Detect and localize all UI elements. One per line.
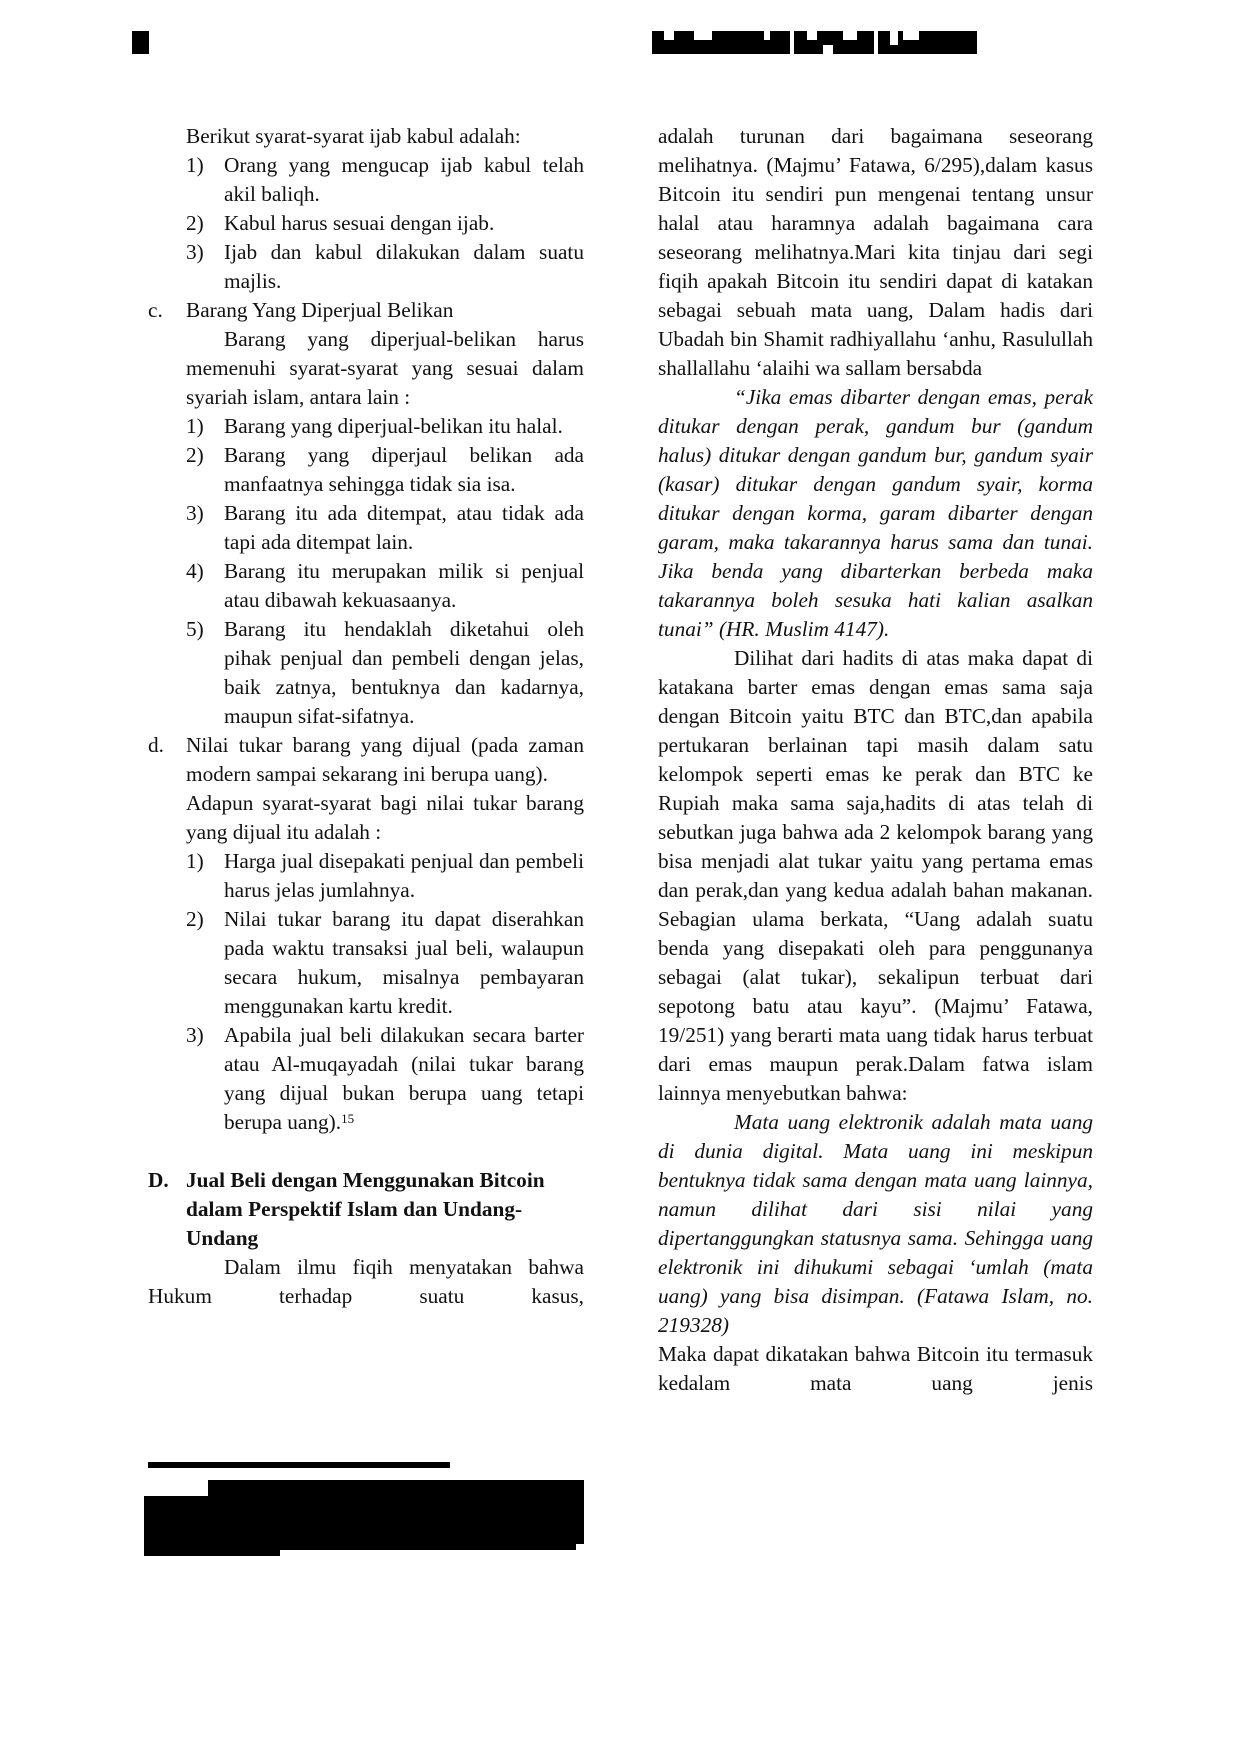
section-d-paragraph: Adapun syarat-syarat bagi nilai tukar ba… (148, 789, 584, 847)
list-item: 1)Orang yang mengucap ijab kabul telah a… (186, 151, 584, 209)
section-c-paragraph: Barang yang diperjual-belikan harus meme… (148, 325, 584, 412)
section-D-paragraph: Dalam ilmu fiqih menyatakan bahwa Hukum … (148, 1253, 584, 1311)
left-column: Berikut syarat-syarat ijab kabul adalah:… (148, 122, 584, 1311)
footnote-marker[interactable]: 15 (341, 1111, 354, 1126)
hadith-quote: “Jika emas dibarter dengan emas, perak d… (658, 383, 1093, 644)
ijab-kabul-intro: Berikut syarat-syarat ijab kabul adalah: (148, 122, 584, 151)
list-item: 2)Nilai tukar barang itu dapat diserahka… (186, 905, 584, 1021)
list-item: 2)Barang yang diperjaul belikan ada manf… (186, 441, 584, 499)
list-item: 1)Harga jual disepakati penjual dan pemb… (186, 847, 584, 905)
right-column: adalah turunan dari bagaimana seseorang … (658, 122, 1093, 1398)
section-heading-D: D.Jual Beli dengan Menggunakan Bitcoin d… (148, 1166, 584, 1253)
paragraph: Maka dapat dikatakan bahwa Bitcoin itu t… (658, 1340, 1093, 1398)
page-number-redaction (132, 31, 149, 54)
list-item: 4)Barang itu merupakan milik si penjual … (186, 557, 584, 615)
list-item: 3)Barang itu ada ditempat, atau tidak ad… (186, 499, 584, 557)
paragraph: adalah turunan dari bagaimana seseorang … (658, 122, 1093, 383)
list-item: 1)Barang yang diperjual-belikan itu hala… (186, 412, 584, 441)
list-item: 3)Ijab dan kabul dilakukan dalam suatu m… (186, 238, 584, 296)
list-item: 2)Kabul harus sesuai dengan ijab. (186, 209, 584, 238)
list-item: 3)Apabila jual beli dilakukan secara bar… (186, 1021, 584, 1137)
list-item: 5)Barang itu hendaklah diketahui oleh pi… (186, 615, 584, 731)
footnote-redaction (144, 1480, 584, 1576)
fatwa-quote: Mata uang elektronik adalah mata uang di… (658, 1108, 1093, 1340)
section-d-title: d.Nilai tukar barang yang dijual (pada z… (148, 731, 584, 789)
running-title-redaction-notches (652, 31, 977, 54)
paragraph: Dilihat dari hadits di atas maka dapat d… (658, 644, 1093, 1108)
section-c-title: c.Barang Yang Diperjual Belikan (148, 296, 584, 325)
footnote-separator (148, 1462, 450, 1468)
